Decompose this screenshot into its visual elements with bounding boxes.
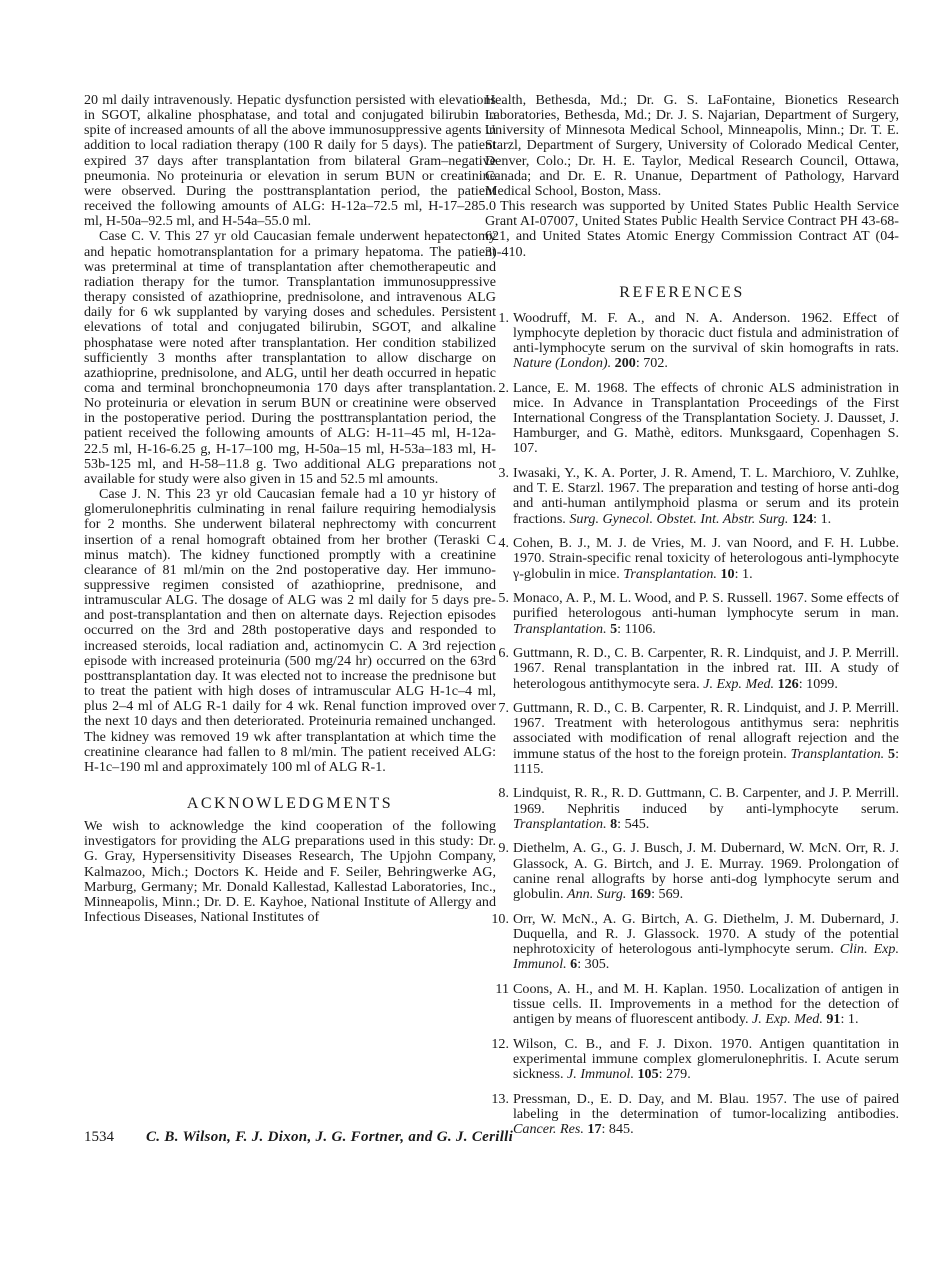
reference-volume: 105	[638, 1066, 659, 1082]
reference-number: 6.	[485, 646, 509, 661]
reference-text: Monaco, A. P., M. L. Wood, and P. S. Rus…	[513, 590, 899, 621]
reference-number: 5.	[485, 591, 509, 606]
reference-item: 5.Monaco, A. P., M. L. Wood, and P. S. R…	[485, 591, 899, 636]
reference-journal: Trans­plantation.	[623, 566, 717, 582]
reference-pages: : 702.	[636, 355, 668, 371]
reference-number: 1.	[485, 311, 509, 326]
reference-item: 11Coons, A. H., and M. H. Kaplan. 1950. …	[485, 982, 899, 1027]
reference-pages: : 545.	[617, 816, 649, 832]
reference-number: 4.	[485, 536, 509, 551]
reference-item: 9.Diethelm, A. G., G. J. Busch, J. M. Du…	[485, 841, 899, 902]
reference-volume: 124	[792, 511, 813, 527]
case-cv-paragraph: Case C. V. This 27 yr old Caucasian fema…	[84, 229, 496, 487]
reference-number: 13.	[485, 1092, 509, 1107]
reference-text: Woodruff, M. F. A., and N. A. Anderson. …	[513, 310, 899, 356]
reference-journal: Transplantation.	[513, 621, 607, 637]
reference-number: 12.	[485, 1037, 509, 1052]
acknowledgments-paragraph-part1: We wish to acknowledge the kind cooperat…	[84, 819, 496, 925]
reference-journal: J. Immunol.	[567, 1066, 634, 1082]
reference-number: 3.	[485, 466, 509, 481]
reference-number: 8.	[485, 786, 509, 801]
reference-number: 9.	[485, 841, 509, 856]
reference-item: 2.Lance, E. M. 1968. The effects of chro…	[485, 381, 899, 457]
reference-pages: : 1099.	[799, 676, 838, 692]
reference-pages: : 1.	[813, 511, 831, 527]
reference-pages: : 569.	[651, 886, 683, 902]
reference-item: 1.Woodruff, M. F. A., and N. A. Anderson…	[485, 311, 899, 372]
acknowledgments-paragraph-part2: Health, Bethesda, Md.; Dr. G. S. LaFonta…	[485, 93, 899, 199]
reference-journal: Nature (London).	[513, 355, 611, 371]
left-column: 20 ml daily intravenously. Hepatic dysfu…	[84, 93, 496, 925]
reference-item: 7.Guttmann, R. D., C. B. Carpenter, R. R…	[485, 701, 899, 777]
acknowledgments-heading: ACKNOWLEDGMENTS	[84, 795, 496, 813]
reference-volume: 17	[587, 1121, 601, 1137]
reference-journal: J. Exp. Med.	[752, 1011, 823, 1027]
reference-item: 6.Guttmann, R. D., C. B. Carpenter, R. R…	[485, 646, 899, 691]
reference-pages: : 1106.	[617, 621, 656, 637]
reference-journal: J. Exp. Med.	[703, 676, 774, 692]
reference-journal: Transplantation.	[791, 746, 885, 762]
reference-item: 4.Cohen, B. J., M. J. de Vries, M. J. va…	[485, 536, 899, 581]
reference-journal: Transplantation.	[513, 816, 607, 832]
reference-pages: : 1.	[735, 566, 753, 582]
reference-volume: 200	[615, 355, 636, 371]
reference-item: 10.Orr, W. McN., A. G. Birtch, A. G. Die…	[485, 912, 899, 973]
reference-volume: 10	[720, 566, 734, 582]
page-number: 1534	[84, 1129, 146, 1146]
reference-pages: : 845.	[601, 1121, 633, 1137]
funding-paragraph: This research was supported by United St…	[485, 199, 899, 260]
reference-text: Lance, E. M. 1968. The effects of chroni…	[513, 380, 899, 457]
reference-journal: Ann. Surg.	[567, 886, 626, 902]
reference-number: 10.	[485, 912, 509, 927]
references-heading: REFERENCES	[485, 284, 899, 302]
reference-text: Lindquist, R. R., R. D. Guttmann, C. B. …	[513, 785, 899, 816]
reference-item: 12.Wilson, C. B., and F. J. Dixon. 1970.…	[485, 1037, 899, 1082]
references-list: 1.Woodruff, M. F. A., and N. A. Anderson…	[485, 311, 899, 1137]
reference-volume: 126	[778, 676, 799, 692]
reference-number: 7.	[485, 701, 509, 716]
reference-number: 11	[485, 982, 509, 997]
reference-journal: Surg. Gynecol. Obstet. Int. Abstr. Surg.	[569, 511, 788, 527]
page-footer: 1534C. B. Wilson, F. J. Dixon, J. G. For…	[84, 1129, 513, 1146]
case-continuation-paragraph: 20 ml daily intravenously. Hepatic dysfu…	[84, 93, 496, 229]
right-column: Health, Bethesda, Md.; Dr. G. S. LaFonta…	[485, 93, 899, 1147]
reference-pages: : 279.	[659, 1066, 691, 1082]
running-authors: C. B. Wilson, F. J. Dixon, J. G. Fortner…	[146, 1129, 513, 1145]
reference-pages: : 305.	[577, 956, 609, 972]
reference-item: 3.Iwasaki, Y., K. A. Porter, J. R. Amend…	[485, 466, 899, 527]
reference-text: Pressman, D., E. D. Day, and M. Blau. 19…	[513, 1091, 899, 1122]
case-jn-paragraph: Case J. N. This 23 yr old Caucasian fema…	[84, 487, 496, 775]
reference-volume: 91	[826, 1011, 840, 1027]
reference-number: 2.	[485, 381, 509, 396]
reference-volume: 169	[630, 886, 651, 902]
reference-pages: : 1.	[840, 1011, 858, 1027]
reference-item: 13.Pressman, D., E. D. Day, and M. Blau.…	[485, 1092, 899, 1137]
reference-journal: Cancer. Res.	[513, 1121, 584, 1137]
reference-item: 8.Lindquist, R. R., R. D. Guttmann, C. B…	[485, 786, 899, 831]
